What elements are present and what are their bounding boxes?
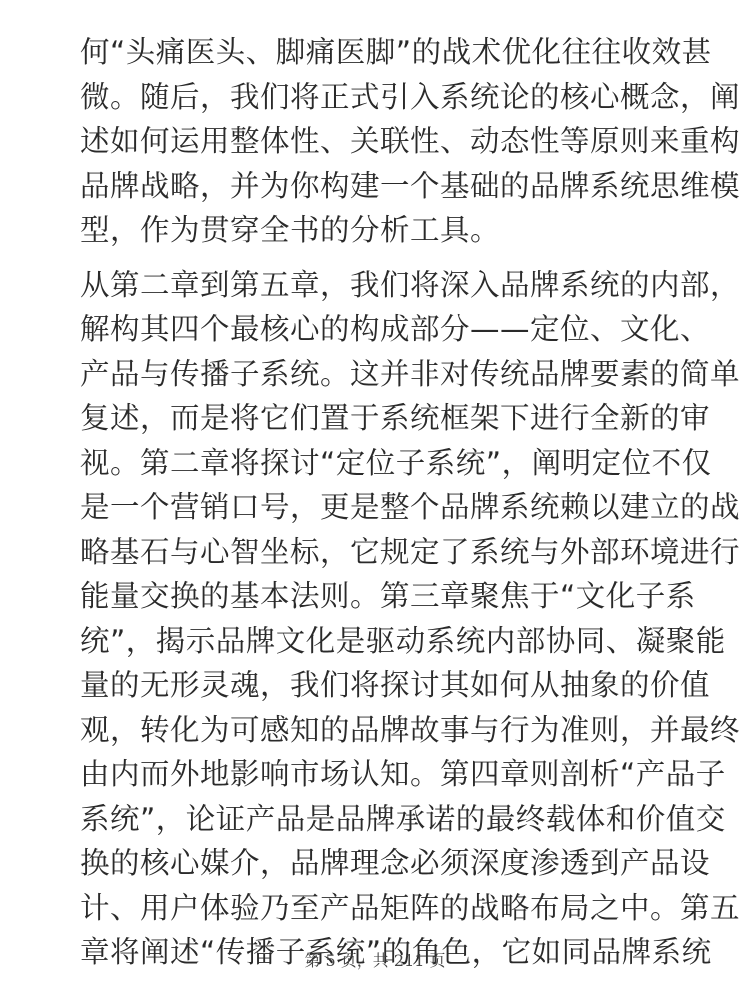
text-line: 略基石与心智坐标，它规定了系统与外部环境进行 bbox=[80, 530, 680, 575]
text-line: 从第二章到第五章，我们将深入品牌系统的内部， bbox=[80, 263, 680, 308]
text-line: 量的无形灵魂，我们将探讨其如何从抽象的价值 bbox=[80, 663, 680, 708]
text-line: 观，转化为可感知的品牌故事与行为准则，并最终 bbox=[80, 708, 680, 753]
text-line: 述如何运用整体性、关联性、动态性等原则来重构 bbox=[80, 119, 680, 164]
document-page: 何“头痛医头、脚痛医脚”的战术优化往往收效甚 微。随后，我们将正式引入系统论的核… bbox=[0, 0, 750, 1000]
text-line: 统”，揭示品牌文化是驱动系统内部协同、凝聚能 bbox=[80, 619, 680, 664]
text-line: 计、用户体验乃至产品矩阵的战略布局之中。第五 bbox=[80, 886, 680, 931]
text-line: 微。随后，我们将正式引入系统论的核心概念，阐 bbox=[80, 75, 680, 120]
text-line: 视。第二章将探讨“定位子系统”，阐明定位不仅 bbox=[80, 441, 680, 486]
text-line: 能量交换的基本法则。第三章聚焦于“文化子系 bbox=[80, 574, 680, 619]
body-text: 何“头痛医头、脚痛医脚”的战术优化往往收效甚 微。随后，我们将正式引入系统论的核… bbox=[80, 30, 680, 975]
text-line: 是一个营销口号，更是整个品牌系统赖以建立的战 bbox=[80, 485, 680, 530]
text-line: 复述，而是将它们置于系统框架下进行全新的审 bbox=[80, 396, 680, 441]
page-number-footer: 第 5 页，共 211 页 bbox=[0, 948, 750, 971]
text-line: 换的核心媒介，品牌理念必须深度渗透到产品设 bbox=[80, 841, 680, 886]
paragraph-1: 何“头痛医头、脚痛医脚”的战术优化往往收效甚 微。随后，我们将正式引入系统论的核… bbox=[80, 30, 680, 253]
text-line: 解构其四个最核心的构成部分——定位、文化、 bbox=[80, 307, 680, 352]
text-line: 产品与传播子系统。这并非对传统品牌要素的简单 bbox=[80, 352, 680, 397]
text-line: 何“头痛医头、脚痛医脚”的战术优化往往收效甚 bbox=[80, 30, 680, 75]
text-line: 品牌战略，并为你构建一个基础的品牌系统思维模 bbox=[80, 164, 680, 209]
text-line: 系统”，论证产品是品牌承诺的最终载体和价值交 bbox=[80, 797, 680, 842]
text-line: 型，作为贯穿全书的分析工具。 bbox=[80, 208, 680, 253]
text-line: 由内而外地影响市场认知。第四章则剖析“产品子 bbox=[80, 752, 680, 797]
paragraph-2: 从第二章到第五章，我们将深入品牌系统的内部， 解构其四个最核心的构成部分——定位… bbox=[80, 263, 680, 975]
